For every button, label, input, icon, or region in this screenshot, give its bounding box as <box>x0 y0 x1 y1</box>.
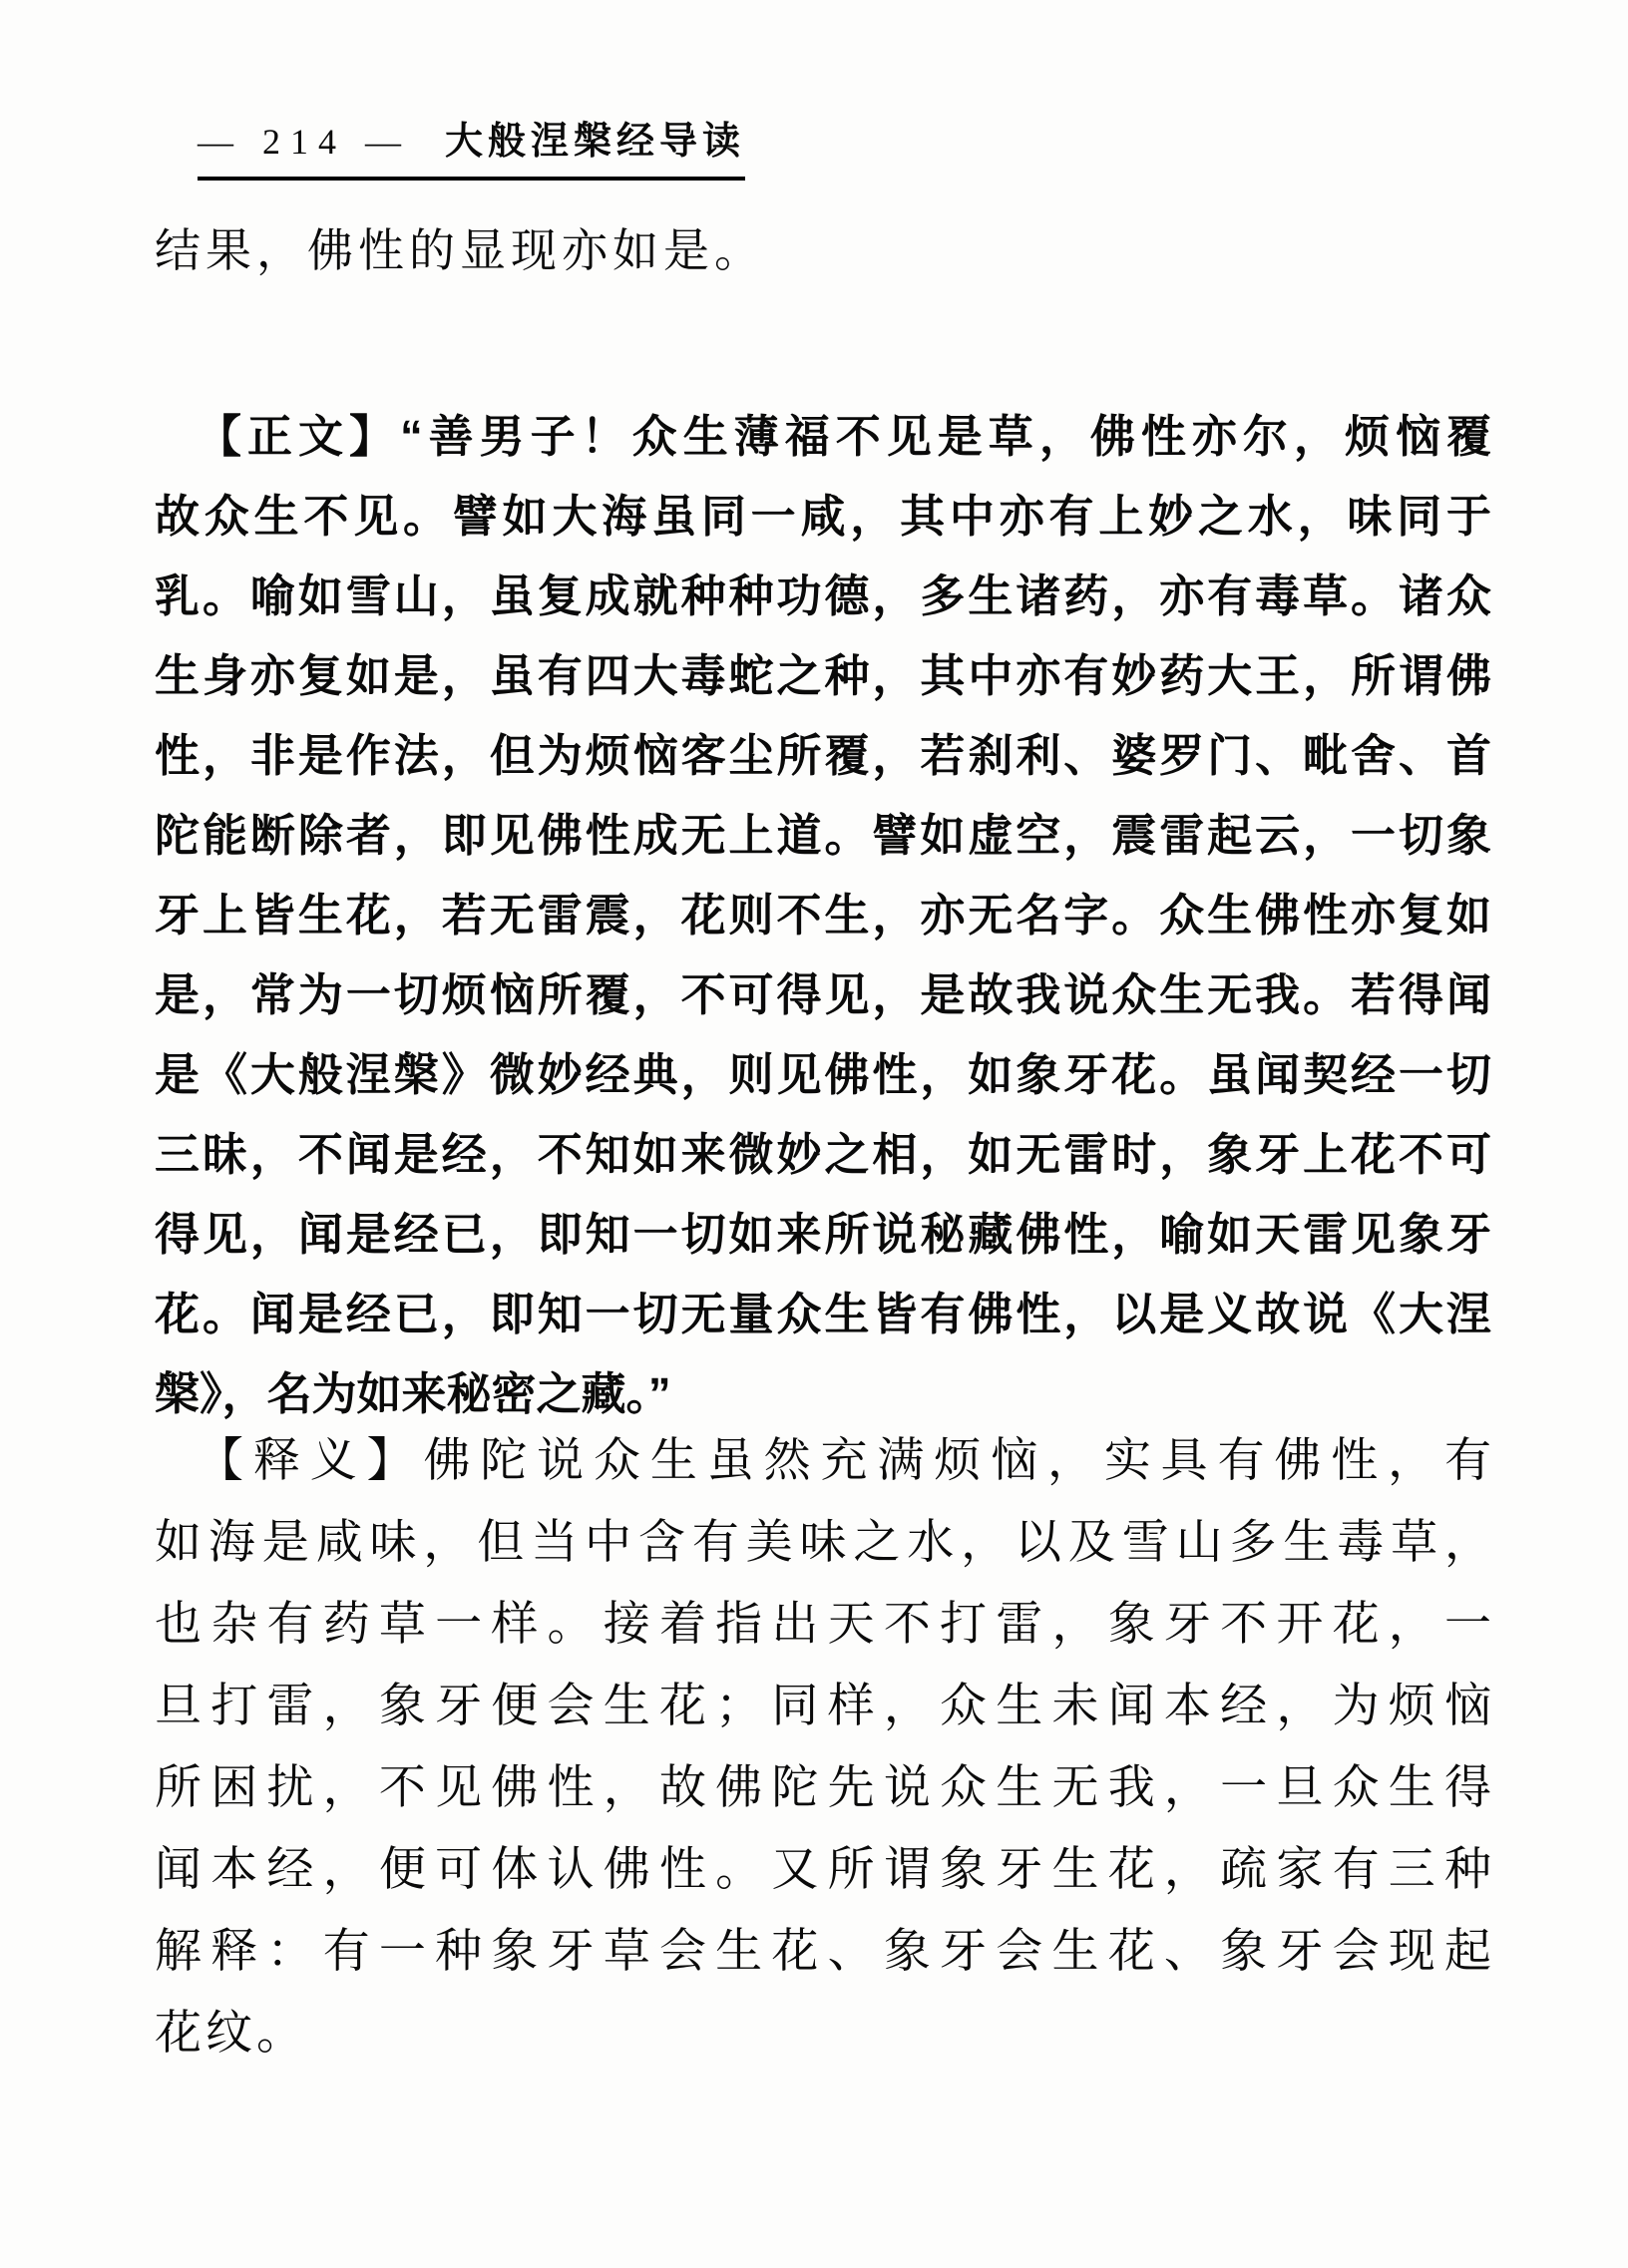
text-line: 花纹。 <box>155 1993 1491 2075</box>
text-line: 闻本经，便可体认佛性。又所谓象牙生花，疏家有三种 <box>155 1829 1491 1911</box>
text-line: 三昧，不闻是经，不知如来微妙之相，如无雷时，象牙上花不可 <box>155 1115 1491 1195</box>
paragraph-continuation: 结果，佛性的显现亦如是。 <box>155 211 1491 291</box>
text-line: 解释：有一种象牙草会生花、象牙会生花、象牙会现起 <box>155 1911 1491 1993</box>
text-line: 所困扰，不见佛性，故佛陀先说众生无我，一旦众生得 <box>155 1747 1491 1829</box>
text-line: 旦打雷，象牙便会生花；同样，众生未闻本经，为烦恼 <box>155 1666 1491 1747</box>
paragraph-commentary: 【释义】佛陀说众生虽然充满烦恼，实具有佛性，有如海是咸味，但当中含有美味之水，以… <box>155 1420 1491 2075</box>
text-line: 性，非是作法，但为烦恼客尘所覆，若刹利、婆罗门、毗舍、首 <box>155 716 1491 796</box>
text-line: 是《大般涅槃》微妙经典，则见佛性，如象牙花。虽闻契经一切 <box>155 1035 1491 1115</box>
paragraph-sutra-text: 【正文】“善男子！众生薄福不见是草，佛性亦尔，烦恼覆故众生不见。譬如大海虽同一咸… <box>155 397 1491 1434</box>
page-number: — 214 — <box>198 121 411 163</box>
text-line: 生身亦复如是，虽有四大毒蛇之种，其中亦有妙药大王，所谓佛 <box>155 636 1491 716</box>
text-line: 陀能断除者，即见佛性成无上道。譬如虚空，震雷起云，一切象 <box>155 796 1491 876</box>
text-line: 得见，闻是经已，即知一切如来所说秘藏佛性，喻如天雷见象牙 <box>155 1195 1491 1275</box>
text-line: 【正文】“善男子！众生薄福不见是草，佛性亦尔，烦恼覆 <box>155 397 1491 477</box>
text-line: 花。闻是经已，即知一切无量众生皆有佛性，以是义故说《大涅 <box>155 1275 1491 1354</box>
text-line: 结果，佛性的显现亦如是。 <box>155 211 1491 291</box>
text-line: 也杂有药草一样。接着指出天不打雷，象牙不开花，一 <box>155 1584 1491 1666</box>
text-line: 故众生不见。譬如大海虽同一咸，其中亦有上妙之水，味同于 <box>155 477 1491 557</box>
text-line: 牙上皆生花，若无雷震，花则不生，亦无名字。众生佛性亦复如 <box>155 876 1491 955</box>
text-line: 如海是咸味，但当中含有美味之水，以及雪山多生毒草， <box>155 1502 1491 1584</box>
page-header: — 214 — 大般涅槃经导读 <box>198 110 745 181</box>
text-line: 是，常为一切烦恼所覆，不可得见，是故我说众生无我。若得闻 <box>155 955 1491 1035</box>
running-title: 大般涅槃经导读 <box>445 110 745 165</box>
text-line: 【释义】佛陀说众生虽然充满烦恼，实具有佛性，有 <box>155 1420 1491 1502</box>
text-line: 乳。喻如雪山，虽复成就种种功德，多生诸药，亦有毒草。诸众 <box>155 557 1491 636</box>
book-page: — 214 — 大般涅槃经导读 结果，佛性的显现亦如是。 【正文】“善男子！众生… <box>0 0 1628 2268</box>
